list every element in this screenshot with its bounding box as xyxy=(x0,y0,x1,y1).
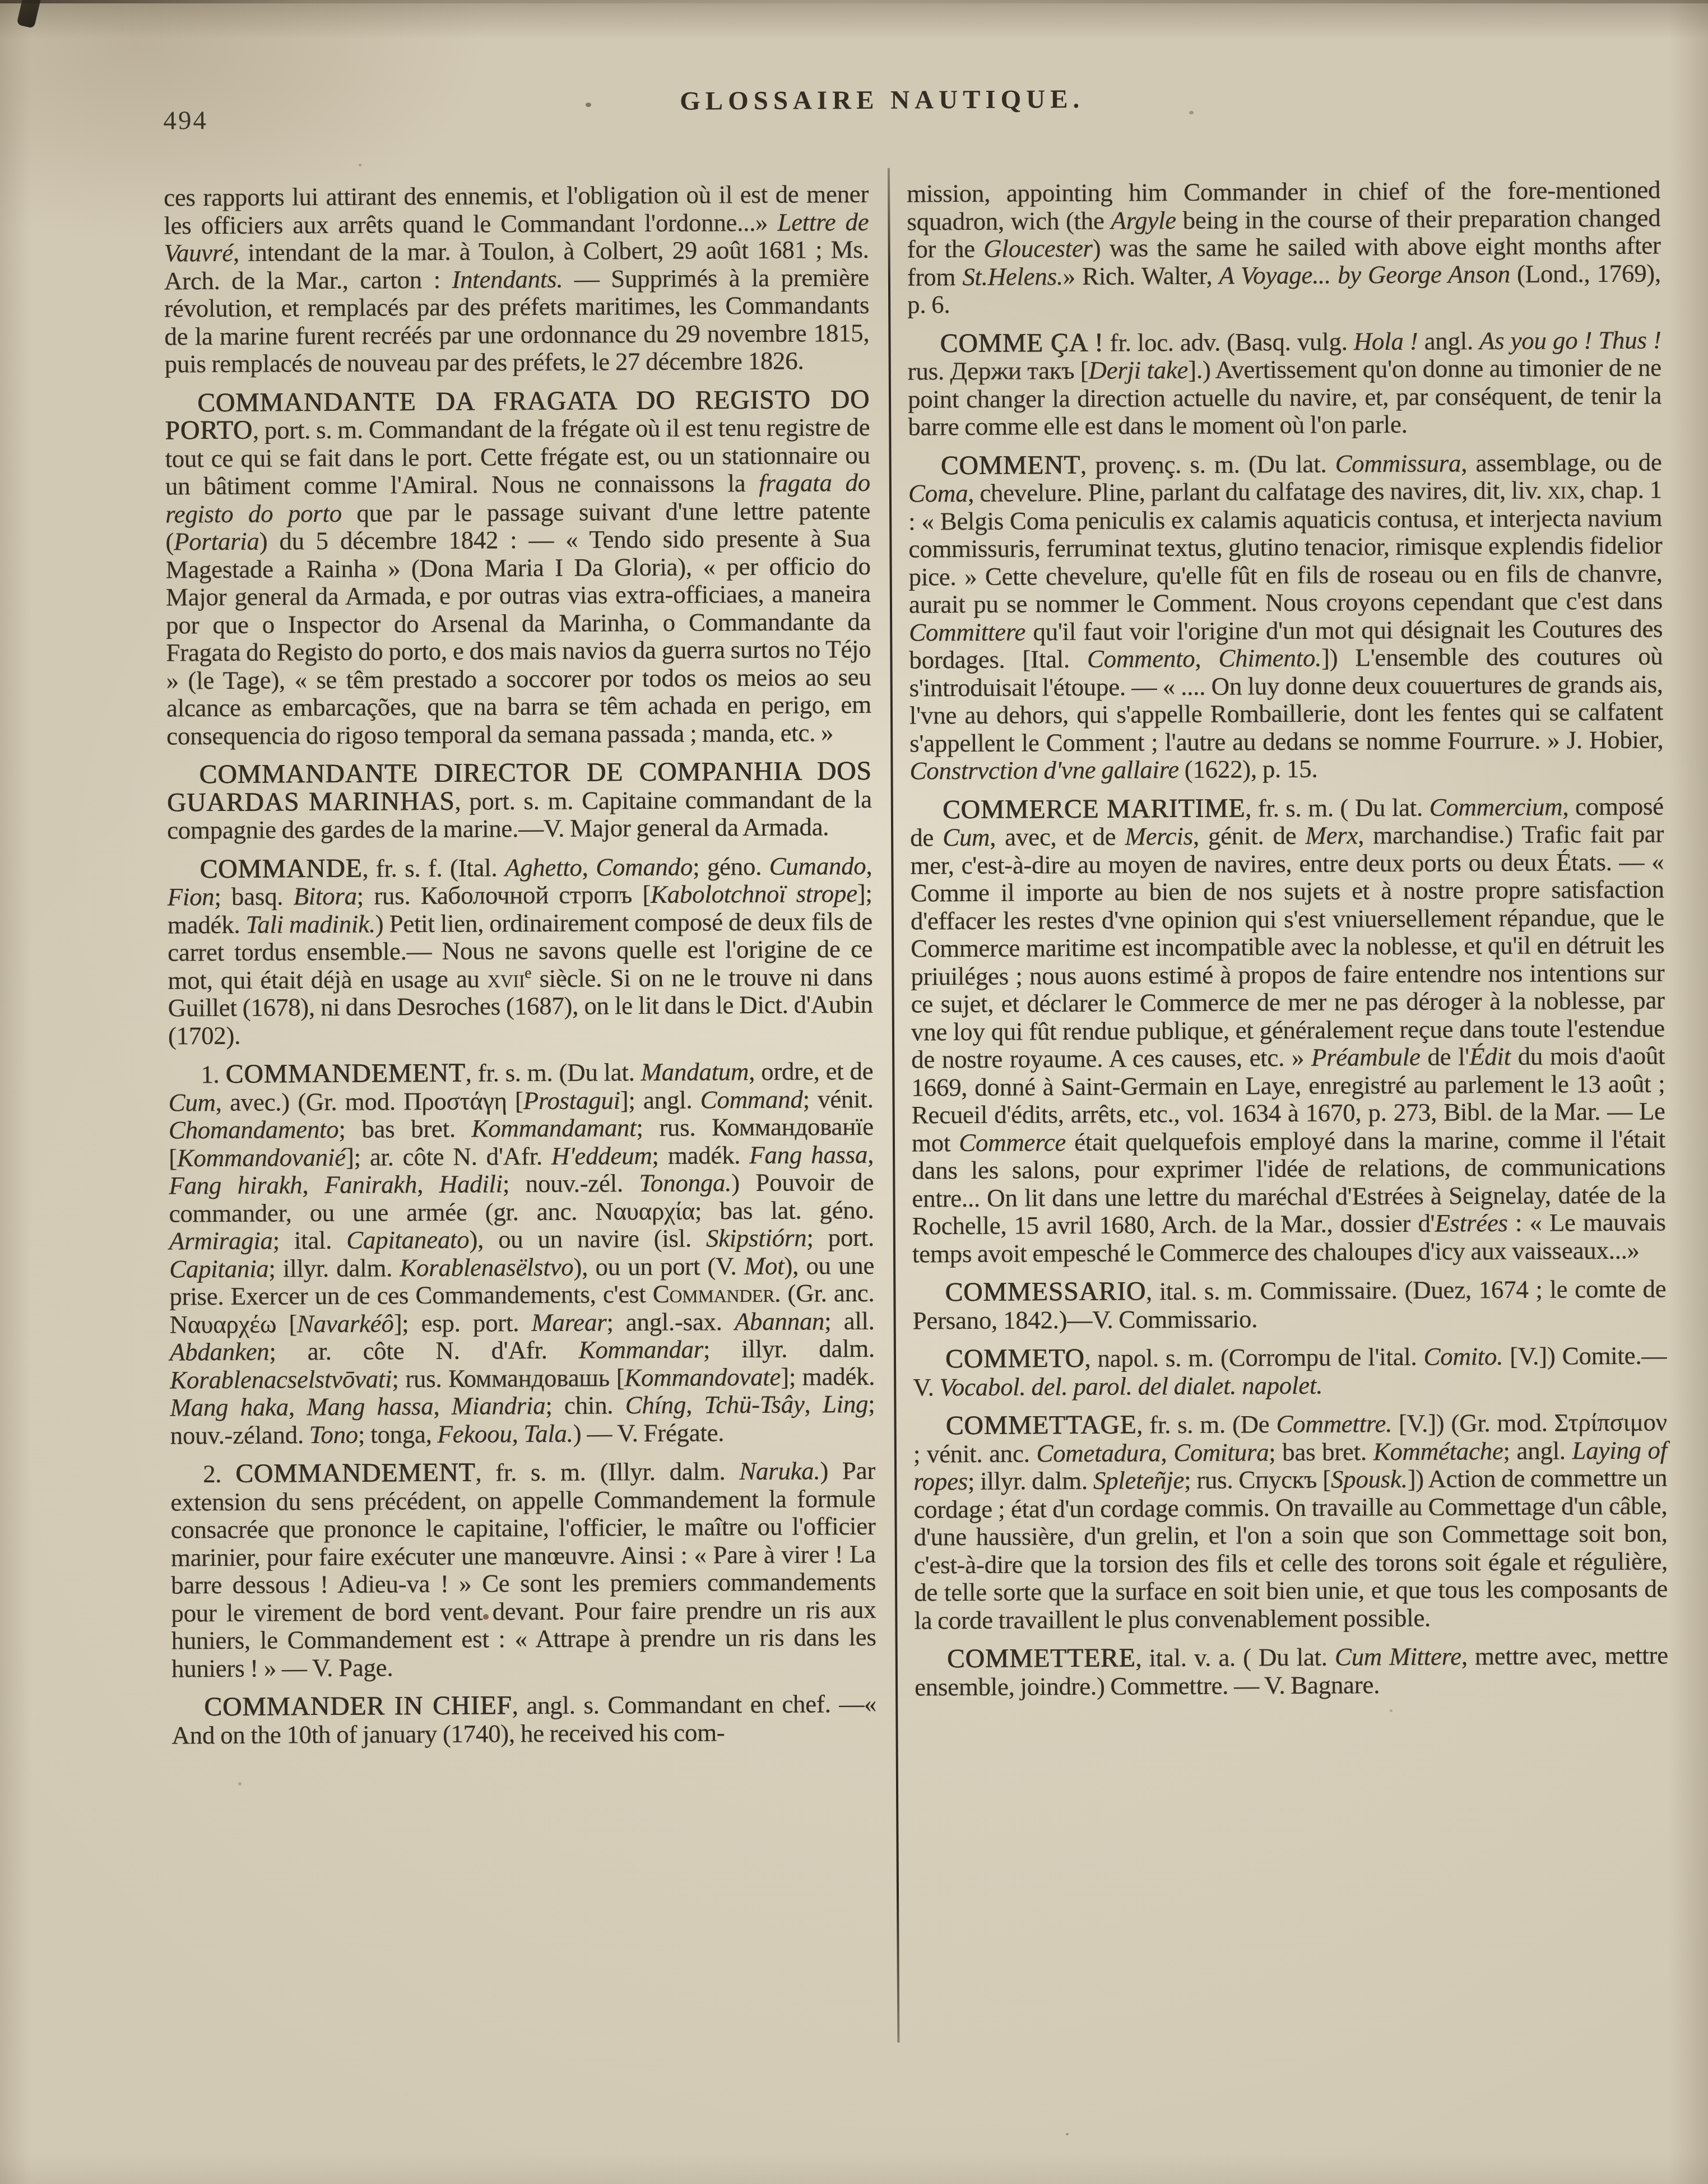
italic-term: Préambule xyxy=(1311,1043,1421,1072)
italic-term: Gloucester xyxy=(983,234,1093,263)
entry-commandante-director: COMMANDANTE DIRECTOR DE COMPANHIA DOS GU… xyxy=(166,758,872,845)
page-content: 494 GLOSSAIRE NAUTIQUE. ces rapports lui… xyxy=(0,0,1708,2184)
entry-commandement-1: 1. COMMANDEMENT, fr. s. m. (Du lat. Mand… xyxy=(168,1058,875,1450)
text-run: , ital. v. a. ( Du lat. xyxy=(1135,1643,1335,1672)
italic-term: Mercis xyxy=(1125,822,1193,851)
entry-headword: COMMERCE MARITIME xyxy=(943,793,1246,824)
text-run: , assemblage, ou de xyxy=(1461,448,1662,477)
text-run: , xyxy=(512,1420,523,1448)
text-run: 1. xyxy=(201,1060,225,1088)
italic-term: Intendants. xyxy=(452,265,563,293)
italic-term: Mandatum xyxy=(640,1058,749,1086)
italic-term: Capitaneato xyxy=(346,1226,469,1254)
italic-term: Derji take xyxy=(1088,356,1188,384)
text-run: ; nouv.-zél. xyxy=(503,1169,639,1198)
text-run: , fr. s. m. (Illyr. dalm. xyxy=(475,1457,739,1486)
italic-term: Fanirakh xyxy=(324,1170,417,1199)
entry-headword: COMMANDEMENT xyxy=(225,1058,465,1089)
italic-term: Prostagui xyxy=(523,1086,620,1115)
italic-term: Chomandamento xyxy=(169,1115,339,1144)
italic-term: Kabolotchnoï strope xyxy=(651,879,857,908)
text-run: angl. xyxy=(1418,327,1479,355)
entry-comment: COMMENT, provenç. s. m. (Du lat. Commiss… xyxy=(908,448,1664,785)
text-run: ; rus. Коммандовашь [ xyxy=(392,1364,624,1393)
text-run: , marchandise.) Trafic fait par mer, c'e… xyxy=(910,819,1665,1073)
italic-term: Abannan xyxy=(735,1307,825,1336)
italic-term: Fang hassa xyxy=(749,1140,867,1168)
text-run: ]; angl. xyxy=(620,1086,700,1114)
italic-term: St.Helens. xyxy=(962,262,1063,291)
italic-term: Commissura xyxy=(1335,449,1461,477)
text-run: ; chin. xyxy=(545,1391,625,1420)
text-run: ), ou un navire (isl. xyxy=(469,1224,706,1253)
text-run: ; bas bret. xyxy=(338,1115,471,1143)
text-run: , napol. s. m. (Corrompu de l'ital. xyxy=(1084,1343,1423,1372)
paper-speck xyxy=(1066,2133,1069,2135)
entry-commettere: COMMETTERE, ital. v. a. ( Du lat. Cum Mi… xyxy=(915,1642,1669,1701)
paper-speck xyxy=(359,164,361,166)
entry-headword: COMMETO xyxy=(945,1343,1085,1374)
italic-term: Cum Mittere xyxy=(1335,1642,1461,1671)
text-run: ; basq. xyxy=(214,882,293,911)
italic-term: Mang haka xyxy=(170,1393,289,1421)
italic-term: Fekoou xyxy=(437,1420,512,1448)
text-run: , avec.) (Gr. mod. Προστάγη [ xyxy=(216,1087,523,1116)
text-run: , fr. s. f. (Ital. xyxy=(362,854,505,882)
entry-headword: COMMETTAGE xyxy=(946,1409,1137,1440)
italic-term: Hadili xyxy=(439,1170,503,1198)
text-run: , xyxy=(417,1170,439,1198)
right-column: mission, appointing him Commander in chi… xyxy=(907,176,1668,1701)
text-run: ; port. xyxy=(806,1223,874,1252)
text-run: ; illyr. dalm. xyxy=(703,1334,875,1364)
text-run: ces rapports lui attirant des ennemis, e… xyxy=(164,180,869,239)
italic-term: Hola ! xyxy=(1354,327,1418,355)
italic-term: Argyle xyxy=(1111,206,1176,234)
text-run: ; angl. xyxy=(1503,1436,1572,1465)
text-run: ; all. xyxy=(824,1306,875,1334)
text-run: ; bas bret. xyxy=(1269,1438,1373,1466)
paper-speck xyxy=(586,103,591,107)
text-run: ; vénit. xyxy=(802,1084,873,1113)
entry-commeto: COMMETO, napol. s. m. (Corrompu de l'ita… xyxy=(913,1342,1667,1401)
italic-term: Coma xyxy=(908,479,968,508)
text-run: , xyxy=(1195,644,1218,673)
text-run: , génit. de xyxy=(1193,822,1306,850)
italic-term: Navarkéô xyxy=(297,1309,394,1338)
italic-term: Committere xyxy=(909,618,1025,646)
text-run: , xyxy=(866,851,872,879)
entry-continuation-commandant: ces rapports lui attirant des ennemis, e… xyxy=(164,180,870,378)
small-caps-term: xix xyxy=(1548,476,1579,504)
italic-term: Bitora xyxy=(293,882,356,911)
paper-speck xyxy=(483,1614,489,1620)
italic-term: Comitura xyxy=(1173,1438,1269,1467)
italic-term: Armiragia xyxy=(169,1226,273,1255)
text-run: » Rich. Walter, xyxy=(1063,261,1219,290)
italic-term: Tchü-Tsây xyxy=(704,1390,804,1418)
italic-term: Spleteñje xyxy=(1093,1466,1184,1495)
text-run: ) — V. Frégate. xyxy=(573,1418,725,1447)
italic-term: Cum xyxy=(943,823,990,851)
italic-term: Cum xyxy=(168,1088,215,1116)
text-run: , xyxy=(867,1140,874,1168)
italic-term: Command xyxy=(700,1085,803,1114)
italic-term: Capitania xyxy=(169,1254,269,1283)
italic-term: Tali madinik. xyxy=(245,910,375,938)
italic-term: Édit xyxy=(1469,1042,1511,1070)
italic-term: Tala. xyxy=(523,1419,573,1447)
entry-commandante-da-fragata: COMMANDANTE DA FRAGATA DO REGISTO DO POR… xyxy=(165,386,871,750)
italic-term: Commercium xyxy=(1429,792,1562,821)
italic-term: Fion xyxy=(168,883,215,911)
italic-term: Chíng xyxy=(625,1391,686,1420)
text-run: , xyxy=(582,853,596,881)
paper-speck xyxy=(1255,426,1259,429)
text-run: ]; esp. port. xyxy=(393,1309,531,1337)
small-caps-term: Commander xyxy=(653,1279,775,1308)
entry-commerce-maritime: COMMERCE MARITIME, fr. s. m. ( Du lat. C… xyxy=(910,792,1666,1268)
entry-headword: COMMESSARIO xyxy=(945,1276,1146,1307)
text-run: , fr. s. m. ( Du lat. xyxy=(1245,793,1429,822)
text-run: ]; ar. côte N. d'Afr. xyxy=(346,1142,551,1171)
text-run: , xyxy=(804,1390,823,1418)
text-run: , ordre, et de xyxy=(749,1057,873,1086)
italic-term: Abdanken xyxy=(170,1337,270,1366)
entry-headword: COMMETTERE xyxy=(947,1643,1136,1673)
italic-term: Portaria xyxy=(174,527,259,556)
italic-term: Merx xyxy=(1305,821,1358,849)
superscript: e xyxy=(525,965,531,982)
italic-term: Chimento. xyxy=(1218,644,1321,673)
entry-commandement-2: 2. COMMANDEMENT, fr. s. m. (Illyr. dalm.… xyxy=(170,1457,876,1683)
text-run: ; rus. Спускъ [ xyxy=(1184,1466,1331,1494)
italic-term: Korablenacselstvōvati xyxy=(170,1365,392,1394)
italic-term: Aghetto xyxy=(505,853,582,882)
paper-speck xyxy=(238,1782,242,1786)
entry-headword: COMMENT xyxy=(941,449,1081,480)
text-run: , fr. s. m. (Du lat. xyxy=(466,1058,641,1087)
text-run: ) du 5 décembre 1842 : — « Tendo sido pr… xyxy=(165,524,871,750)
text-run: (1622), p. 15. xyxy=(1179,755,1318,783)
column-divider-rule xyxy=(888,168,900,2043)
italic-term: Constrvction d'vne gallaire xyxy=(909,755,1179,785)
entry-commande: COMMANDE, fr. s. f. (Ital. Aghetto, Coma… xyxy=(167,852,873,1050)
entry-headword: COMME ÇA ! xyxy=(940,327,1103,358)
italic-term: Commento xyxy=(1087,644,1195,673)
entry-headword: COMMANDE xyxy=(199,853,362,884)
text-run: 2. xyxy=(203,1460,235,1488)
italic-term: Spousk. xyxy=(1331,1465,1408,1494)
entry-headword: COMMANDER IN CHIEF xyxy=(204,1690,512,1722)
entry-commessario: COMMESSARIO, ital. s. m. Commissaire. (D… xyxy=(912,1275,1667,1334)
text-run: , avec, et de xyxy=(990,822,1125,851)
italic-term: Marear xyxy=(531,1308,606,1337)
italic-term: A Voyage... by George Anson xyxy=(1219,259,1510,289)
small-caps-term: xvii xyxy=(488,965,525,993)
paper-speck xyxy=(1189,111,1194,114)
text-run: , chevelure. Pline, parlant du calfatage… xyxy=(968,476,1548,507)
text-run: ; ar. côte N. d'Afr. xyxy=(269,1336,578,1366)
italic-term: Ling xyxy=(823,1390,869,1418)
italic-term: Naruka. xyxy=(739,1457,820,1485)
text-run: ), ou un port (V. xyxy=(573,1252,744,1281)
italic-term: Cometadura xyxy=(1036,1439,1161,1467)
text-run: , xyxy=(686,1390,704,1418)
text-run: ; ital. xyxy=(273,1226,347,1255)
text-run: ; rus. Каболочной стропъ [ xyxy=(357,880,651,910)
italic-term: As you go ! Thus ! xyxy=(1479,326,1661,355)
text-run: , xyxy=(1161,1439,1173,1467)
entry-continuation-commander-in-chief: mission, appointing him Commander in chi… xyxy=(907,176,1661,319)
text-run: rus. Держи такъ [ xyxy=(908,356,1089,386)
text-run: ; tonga, xyxy=(358,1420,438,1448)
page-number: 494 xyxy=(163,105,208,136)
italic-term: Korablenasëlstvo xyxy=(400,1253,573,1282)
italic-term: Kommétache xyxy=(1373,1436,1503,1465)
italic-term: Fang hirakh xyxy=(169,1171,302,1199)
text-run: , xyxy=(289,1393,307,1421)
left-column: ces rapports lui attirant des ennemis, e… xyxy=(164,180,877,1750)
text-run: ) Par extension du sens précédent, on ap… xyxy=(170,1457,876,1682)
italic-term: Miandria xyxy=(452,1392,546,1420)
italic-term: Mang hassa xyxy=(307,1392,433,1421)
italic-term: Vocabol. del. parol. del dialet. napolet… xyxy=(939,1371,1322,1401)
text-run: fr. loc. adv. (Basq. vulg. xyxy=(1103,327,1354,356)
text-run: ; illyr. dalm. xyxy=(968,1467,1093,1495)
italic-term: Commettre. xyxy=(1276,1409,1392,1438)
running-header-title: GLOSSAIRE NAUTIQUE. xyxy=(680,84,1084,117)
entry-comme-ca: COMME ÇA ! fr. loc. adv. (Basq. vulg. Ho… xyxy=(907,326,1661,441)
text-run: , xyxy=(302,1171,324,1199)
text-run: ; madék. xyxy=(652,1141,749,1170)
italic-term: Kommandovate xyxy=(624,1362,781,1391)
italic-term: H'eddeum xyxy=(551,1141,652,1170)
text-run: ; illyr. dalm. xyxy=(268,1254,400,1282)
italic-term: Skipstiórn xyxy=(706,1223,807,1252)
italic-term: Tono xyxy=(309,1420,358,1448)
entry-commander-in-chief: COMMANDER IN CHIEF, angl. s. Commandant … xyxy=(171,1690,877,1750)
text-run: ; géno. xyxy=(693,852,769,880)
italic-term: Commerce xyxy=(959,1128,1066,1157)
scanned-book-page: 494 GLOSSAIRE NAUTIQUE. ces rapports lui… xyxy=(0,0,1708,2184)
italic-term: Mot xyxy=(744,1251,785,1279)
text-run: de l' xyxy=(1420,1042,1469,1070)
text-run: ]; madék. xyxy=(781,1362,875,1390)
text-run: , provenç. s. m. (Du lat. xyxy=(1080,449,1335,479)
entry-headword: COMMANDEMENT xyxy=(235,1458,475,1489)
italic-term: Estrées xyxy=(1435,1209,1508,1237)
italic-term: Tononga. xyxy=(639,1168,731,1197)
italic-term: Kommandovanié xyxy=(177,1143,346,1172)
paper-speck xyxy=(1390,1709,1393,1712)
italic-term: Comito. xyxy=(1423,1342,1503,1371)
text-run: , xyxy=(433,1392,452,1420)
italic-term: Kommandar xyxy=(579,1335,704,1364)
entry-commettage: COMMETTAGE, fr. s. m. (De Commettre. [V.… xyxy=(913,1408,1668,1634)
text-run: ; angl.-sax. xyxy=(606,1307,735,1336)
text-run: , fr. s. m. (De xyxy=(1136,1410,1276,1439)
italic-term: Kommandamant xyxy=(471,1114,636,1143)
italic-term: Comando xyxy=(596,852,693,881)
italic-term: Cumando xyxy=(769,851,866,880)
